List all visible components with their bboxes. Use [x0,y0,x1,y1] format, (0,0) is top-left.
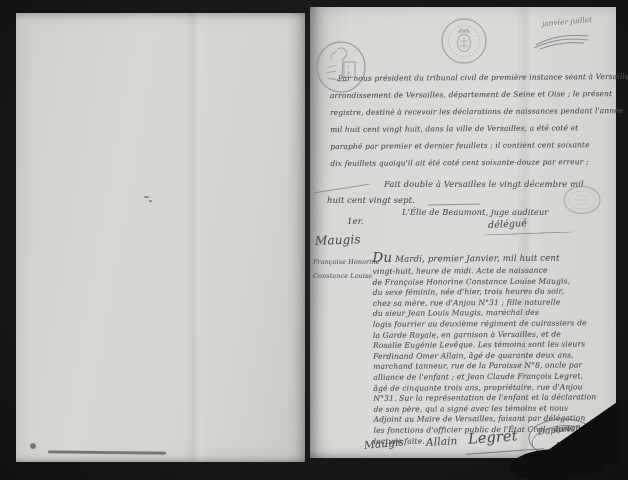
certification-paragraph: Par nous président du tribunal civil de … [330,68,617,172]
scanned-register-spread: I E janvier juillet Par nous préside [0,0,628,480]
margin-surname: Maugis [315,232,361,248]
court-seal-icon [440,17,488,65]
register-page: I E janvier juillet Par nous préside [310,7,616,458]
paper-speck [144,196,149,198]
closing-stroke [314,184,369,194]
paper-speck [149,200,152,202]
manuscript-line: arrondissement de Versailles, départemen… [330,85,616,104]
left-blank-page [16,13,305,462]
manuscript-line: Rosalie Eugénie Levêque. Les témoins son… [373,339,617,351]
manuscript-line-text: Mardi, premier Janvier, mil huit cent [395,254,559,265]
signature-father: Maugis [364,436,405,451]
drop-word: Du [372,250,392,266]
margin-given-names: Constance Louise [313,272,372,280]
dateline-continued: huit cent vingt sept. [327,195,415,205]
officer-name-line: L'Élie de Beaumont, juge auditeur [402,207,548,217]
act-number: 1er. [347,217,364,227]
manuscript-line: mil huit cent vingt huit, dans la ville … [330,119,616,138]
edge-smear [30,443,36,449]
manuscript-line: Par nous président du tribunal civil de … [330,68,616,87]
manuscript-line: dix feuillets quoiqu'il ait été coté cen… [330,153,616,172]
manuscript-line: logis fourrier au deuxième régiment de c… [373,318,617,330]
torn-paper-corner [528,400,620,464]
paper-crease [184,13,210,462]
pencil-paraph-icon [532,29,592,51]
officer-signature: délégué [488,218,528,231]
signature-witness-1: Allain [426,435,458,449]
manuscript-line: registre, destiné à recevoir les déclara… [330,102,616,121]
edge-smear [48,450,166,454]
pencil-note: janvier juillet [542,15,593,28]
manuscript-line: DuMardi, premier Janvier, mil huit cent [372,249,616,267]
manuscript-line: paraphé par premier et dernier feuillets… [330,136,616,155]
oval-stamp-icon [562,184,602,216]
signature-flourish [482,231,574,235]
signature-witness-2: Legret [468,428,519,447]
ink-fill-dash [428,204,480,206]
margin-given-names: Françoise Honorine [313,258,380,266]
dateline: Fait double à Versailles le vingt décemb… [384,179,584,189]
